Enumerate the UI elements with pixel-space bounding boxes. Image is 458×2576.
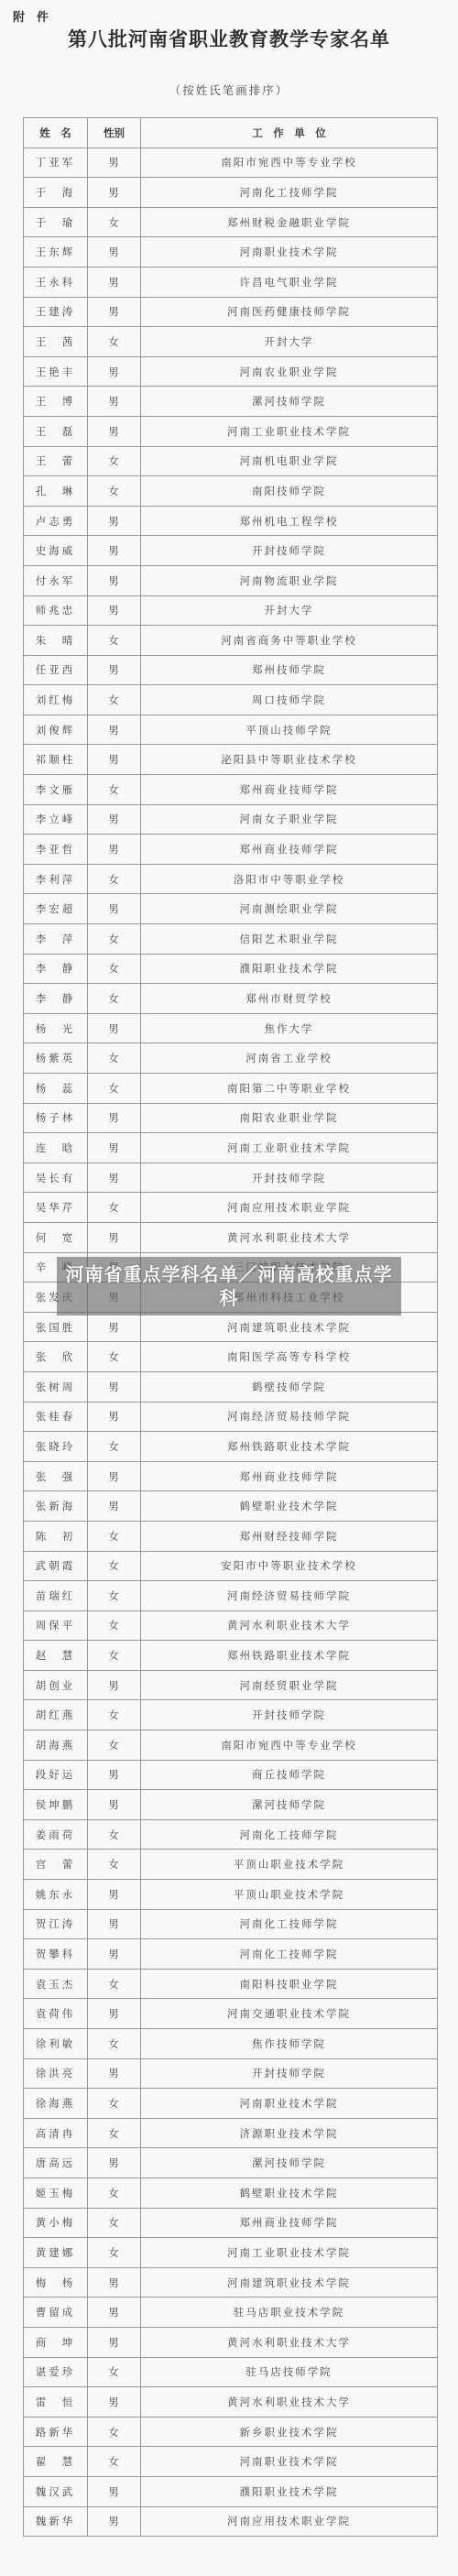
name-cell: 王建涛	[24, 297, 88, 327]
table-row: 王 茜女开封大学	[24, 327, 438, 357]
gender-cell: 男	[88, 2148, 141, 2178]
unit-cell: 河南工业职业技术学院	[141, 416, 438, 446]
table-row: 史海威男开封技师学院	[24, 536, 438, 566]
unit-cell: 河南省工业学校	[141, 1043, 438, 1074]
unit-cell: 开封大学	[141, 595, 438, 626]
gender-cell: 男	[88, 1312, 141, 1342]
table-row: 胡红燕女开封技师学院	[24, 1700, 438, 1730]
gender-cell: 男	[88, 1999, 141, 2029]
unit-cell: 郑州商业技师学院	[141, 835, 438, 865]
table-row: 魏汉武男濮阳职业技术学院	[24, 2476, 438, 2506]
name-cell: 李 静	[24, 954, 88, 984]
unit-cell: 河南省商务中等职业学校	[141, 626, 438, 656]
unit-cell: 河南建筑职业技术学院	[141, 2267, 438, 2298]
name-cell: 黄小梅	[24, 2208, 88, 2238]
gender-cell: 男	[88, 2387, 141, 2418]
unit-cell: 河南经济贸易技师学院	[141, 1402, 438, 1432]
table-row: 高清冉女济源职业技术学院	[24, 2118, 438, 2148]
name-cell: 贺攀科	[24, 1939, 88, 1970]
unit-cell: 平顶山技师学院	[141, 715, 438, 745]
gender-cell: 女	[88, 1610, 141, 1641]
unit-cell: 河南职业技术学院	[141, 2089, 438, 2119]
attachment-label: 附 件	[13, 7, 49, 25]
unit-cell: 河南工业职业技术学院	[141, 2238, 438, 2268]
table-row: 黄建娜女河南工业职业技术学院	[24, 2238, 438, 2268]
name-cell: 付永军	[24, 565, 88, 595]
unit-cell: 南阳技师学院	[141, 476, 438, 507]
gender-cell: 女	[88, 2089, 141, 2119]
table-row: 侯坤鹏男漯河技师学院	[24, 1790, 438, 1820]
table-row: 贺江涛男河南化工技师学院	[24, 1909, 438, 1939]
name-cell: 胡创业	[24, 1670, 88, 1700]
table-row: 李 萍女信阳艺术职业学院	[24, 924, 438, 955]
gender-cell: 女	[88, 207, 141, 237]
unit-cell: 鹤壁职业技术学院	[141, 1491, 438, 1522]
table-row: 刘俊辉男平顶山技师学院	[24, 715, 438, 745]
gender-cell: 男	[88, 1402, 141, 1432]
table-row: 段好运男商丘技师学院	[24, 1760, 438, 1790]
unit-cell: 河南职业技术学院	[141, 2447, 438, 2477]
gender-cell: 女	[88, 1819, 141, 1850]
table-row: 杨子林男南阳农业职业学院	[24, 1103, 438, 1133]
table-row: 唐高远男漯河技师学院	[24, 2148, 438, 2178]
unit-cell: 河南职业技术学院	[141, 237, 438, 267]
unit-cell: 开封技师学院	[141, 1700, 438, 1730]
unit-cell: 郑州铁路职业技术学院	[141, 1432, 438, 1462]
table-header-row: 姓 名 性别 工 作 单 位	[24, 118, 438, 148]
table-row: 黄小梅女郑州商业技师学院	[24, 2208, 438, 2238]
unit-cell: 郑州机电工程学校	[141, 506, 438, 536]
unit-cell: 濮阳职业技术学院	[141, 2476, 438, 2506]
table-row: 周保平女黄河水利职业技术大学	[24, 1610, 438, 1641]
unit-cell: 开封技师学院	[141, 2058, 438, 2089]
gender-cell: 女	[88, 1850, 141, 1880]
unit-cell: 开封大学	[141, 327, 438, 357]
gender-cell: 男	[88, 1909, 141, 1939]
unit-cell: 开封技师学院	[141, 536, 438, 566]
name-cell: 姜雨荷	[24, 1819, 88, 1850]
gender-cell: 女	[88, 2447, 141, 2477]
name-cell: 李利萍	[24, 864, 88, 894]
gender-cell: 女	[88, 626, 141, 656]
name-cell: 吴长有	[24, 1162, 88, 1193]
unit-cell: 南阳科技职业学院	[141, 1969, 438, 1999]
table-row: 张桂春男河南经济贸易技师学院	[24, 1402, 438, 1432]
unit-cell: 河南经贸职业学院	[141, 1670, 438, 1700]
gender-cell: 男	[88, 715, 141, 745]
table-row: 丁亚军男南阳市宛西中等专业学校	[24, 147, 438, 178]
table-row: 李 静女郑州市财贸学校	[24, 984, 438, 1014]
unit-cell: 郑州技师学院	[141, 655, 438, 685]
gender-cell: 男	[88, 2327, 141, 2357]
table-row: 张晓玲女郑州铁路职业技术学院	[24, 1432, 438, 1462]
name-cell: 王永科	[24, 267, 88, 297]
table-row: 李利萍女洛阳市中等职业学校	[24, 864, 438, 894]
gender-cell: 男	[88, 655, 141, 685]
name-cell: 商 坤	[24, 2327, 88, 2357]
unit-cell: 河南化工技师学院	[141, 178, 438, 208]
unit-cell: 黄河水利职业技术大学	[141, 2327, 438, 2357]
name-cell: 徐海燕	[24, 2089, 88, 2119]
name-cell: 黄建娜	[24, 2238, 88, 2268]
gender-cell: 男	[88, 1939, 141, 1970]
name-cell: 祁顺柱	[24, 745, 88, 775]
unit-cell: 驻马店技师学院	[141, 2357, 438, 2387]
table-row: 谌爱珍女驻马店技师学院	[24, 2357, 438, 2387]
name-cell: 王 蕾	[24, 446, 88, 476]
table-row: 陈 初女郑州财经技师学院	[24, 1521, 438, 1551]
name-cell: 于 瑜	[24, 207, 88, 237]
gender-cell: 女	[88, 1193, 141, 1223]
table-row: 胡创业男河南经贸职业学院	[24, 1670, 438, 1700]
unit-cell: 河南建筑职业技术学院	[141, 1312, 438, 1342]
gender-cell: 男	[88, 804, 141, 835]
unit-cell: 河南应用技术职业学院	[141, 1193, 438, 1223]
table-row: 张 强男郑州商业技师学院	[24, 1461, 438, 1491]
name-cell: 魏新华	[24, 2506, 88, 2537]
gender-cell: 女	[88, 2208, 141, 2238]
gender-cell: 男	[88, 1133, 141, 1163]
name-cell: 袁荷伟	[24, 1999, 88, 2029]
col-header-name: 姓 名	[24, 118, 88, 148]
name-cell: 李 萍	[24, 924, 88, 955]
gender-cell: 男	[88, 1760, 141, 1790]
page-title: 第八批河南省职业教育教学专家名单	[0, 25, 458, 52]
table-row: 王永科男许昌电气职业学院	[24, 267, 438, 297]
unit-cell: 周口技师学院	[141, 685, 438, 715]
name-cell: 雷 恒	[24, 2387, 88, 2418]
table-row: 胡海燕女南阳市宛西中等专业学校	[24, 1730, 438, 1761]
name-cell: 李宏超	[24, 894, 88, 924]
table-row: 李立峰男河南女子职业学院	[24, 804, 438, 835]
table-row: 师兆忠男开封大学	[24, 595, 438, 626]
gender-cell: 男	[88, 565, 141, 595]
unit-cell: 濮阳职业技术学院	[141, 954, 438, 984]
name-cell: 杨子林	[24, 1103, 88, 1133]
table-row: 张树周男鹤壁技师学院	[24, 1371, 438, 1402]
gender-cell: 女	[88, 775, 141, 805]
name-cell: 梅 杨	[24, 2267, 88, 2298]
name-cell: 曹留成	[24, 2298, 88, 2328]
name-cell: 卢志勇	[24, 506, 88, 536]
name-cell: 宫 蕾	[24, 1850, 88, 1880]
unit-cell: 南阳医学高等专科学校	[141, 1342, 438, 1372]
table-row: 杨 光男焦作大学	[24, 1013, 438, 1043]
table-row: 翟 慧女河南职业技术学院	[24, 2447, 438, 2477]
unit-cell: 鹤壁职业技术学院	[141, 2178, 438, 2208]
unit-cell: 泌阳县中等职业技术学校	[141, 745, 438, 775]
gender-cell: 女	[88, 685, 141, 715]
name-cell: 张树周	[24, 1371, 88, 1402]
name-cell: 于 海	[24, 178, 88, 208]
gender-cell: 男	[88, 2298, 141, 2328]
name-cell: 刘俊辉	[24, 715, 88, 745]
name-cell: 胡海燕	[24, 1730, 88, 1761]
gender-cell: 男	[88, 2476, 141, 2506]
name-cell: 姚东永	[24, 1880, 88, 1910]
table-row: 徐海燕女河南职业技术学院	[24, 2089, 438, 2119]
name-cell: 师兆忠	[24, 595, 88, 626]
gender-cell: 女	[88, 984, 141, 1014]
table-row: 姬玉梅女鹤壁职业技术学院	[24, 2178, 438, 2208]
name-cell: 武朝霞	[24, 1551, 88, 1581]
unit-cell: 河南医药健康技师学院	[141, 297, 438, 327]
gender-cell: 男	[88, 1880, 141, 1910]
name-cell: 李文雁	[24, 775, 88, 805]
gender-cell: 女	[88, 1581, 141, 1611]
gender-cell: 女	[88, 1432, 141, 1462]
col-header-gender: 性别	[88, 118, 141, 148]
unit-cell: 郑州铁路职业技术学院	[141, 1641, 438, 1671]
name-cell: 姬玉梅	[24, 2178, 88, 2208]
name-cell: 贺江涛	[24, 1909, 88, 1939]
gender-cell: 男	[88, 387, 141, 417]
gender-cell: 女	[88, 1043, 141, 1074]
unit-cell: 洛阳市中等职业学校	[141, 864, 438, 894]
name-cell: 苗瑞红	[24, 1581, 88, 1611]
unit-cell: 黄河水利职业技术大学	[141, 2387, 438, 2418]
gender-cell: 女	[88, 1521, 141, 1551]
gender-cell: 女	[88, 954, 141, 984]
name-cell: 翟 慧	[24, 2447, 88, 2477]
unit-cell: 黄河水利职业技术大学	[141, 1610, 438, 1641]
name-cell: 李亚哲	[24, 835, 88, 865]
gender-cell: 男	[88, 416, 141, 446]
gender-cell: 男	[88, 536, 141, 566]
gender-cell: 女	[88, 2357, 141, 2387]
gender-cell: 女	[88, 924, 141, 955]
name-cell: 陈 初	[24, 1521, 88, 1551]
unit-cell: 河南经济贸易技师学院	[141, 1581, 438, 1611]
table-row: 杨紫英女河南省工业学校	[24, 1043, 438, 1074]
table-row: 于 瑜女郑州财税金融职业学院	[24, 207, 438, 237]
name-cell: 段好运	[24, 1760, 88, 1790]
name-cell: 吴华芹	[24, 1193, 88, 1223]
table-row: 王 磊男河南工业职业技术学院	[24, 416, 438, 446]
table-row: 商 坤男黄河水利职业技术大学	[24, 2327, 438, 2357]
gender-cell: 男	[88, 1013, 141, 1043]
gender-cell: 男	[88, 1790, 141, 1820]
unit-cell: 郑州财税金融职业学院	[141, 207, 438, 237]
table-row: 路新华女新乡职业技术学院	[24, 2417, 438, 2447]
table-row: 吴华芹女河南应用技术职业学院	[24, 1193, 438, 1223]
gender-cell: 女	[88, 1700, 141, 1730]
experts-table: 姓 名 性别 工 作 单 位 丁亚军男南阳市宛西中等专业学校于 海男河南化工技师…	[23, 117, 438, 2537]
gender-cell: 男	[88, 237, 141, 267]
table-row: 祁顺柱男泌阳县中等职业技术学校	[24, 745, 438, 775]
table-row: 连 晗男河南工业职业技术学院	[24, 1133, 438, 1163]
name-cell: 杨 光	[24, 1013, 88, 1043]
name-cell: 魏汉武	[24, 2476, 88, 2506]
table-row: 袁荷伟男河南交通职业技术学院	[24, 1999, 438, 2029]
table-row: 李 静女濮阳职业技术学院	[24, 954, 438, 984]
gender-cell: 男	[88, 297, 141, 327]
table-row: 张国胜男河南建筑职业技术学院	[24, 1312, 438, 1342]
table-row: 徐利敏女焦作技师学院	[24, 2029, 438, 2059]
table-row: 曹留成男驻马店职业技术学院	[24, 2298, 438, 2328]
name-cell: 张 欣	[24, 1342, 88, 1372]
unit-cell: 郑州商业技师学院	[141, 1461, 438, 1491]
unit-cell: 河南化工技师学院	[141, 1909, 438, 1939]
table-row: 张 欣女南阳医学高等专科学校	[24, 1342, 438, 1372]
watermark-text: 河南省重点学科名单／河南高校重点学科	[64, 1262, 394, 1310]
document-page: 附 件 第八批河南省职业教育教学专家名单 （按姓氏笔画排序） 姓 名 性别 工 …	[0, 0, 458, 2576]
unit-cell: 河南机电职业学院	[141, 446, 438, 476]
name-cell: 张新海	[24, 1491, 88, 1522]
unit-cell: 新乡职业技术学院	[141, 2417, 438, 2447]
unit-cell: 商丘技师学院	[141, 1760, 438, 1790]
gender-cell: 男	[88, 1461, 141, 1491]
unit-cell: 河南农业职业学院	[141, 356, 438, 387]
gender-cell: 男	[88, 267, 141, 297]
name-cell: 王东辉	[24, 237, 88, 267]
unit-cell: 焦作技师学院	[141, 2029, 438, 2059]
col-header-unit: 工 作 单 位	[141, 118, 438, 148]
gender-cell: 男	[88, 1162, 141, 1193]
unit-cell: 平顶山职业技术学院	[141, 1850, 438, 1880]
gender-cell: 女	[88, 1969, 141, 1999]
gender-cell: 女	[88, 2417, 141, 2447]
unit-cell: 漯河技师学院	[141, 2148, 438, 2178]
name-cell: 周保平	[24, 1610, 88, 1641]
gender-cell: 男	[88, 147, 141, 178]
unit-cell: 郑州商业技师学院	[141, 2208, 438, 2238]
gender-cell: 男	[88, 1670, 141, 1700]
name-cell: 张国胜	[24, 1312, 88, 1342]
gender-cell: 男	[88, 2506, 141, 2537]
name-cell: 杨紫英	[24, 1043, 88, 1074]
table-row: 于 海男河南化工技师学院	[24, 178, 438, 208]
unit-cell: 平顶山职业技术学院	[141, 1880, 438, 1910]
name-cell: 袁玉杰	[24, 1969, 88, 1999]
unit-cell: 河南应用技术职业学院	[141, 2506, 438, 2537]
unit-cell: 河南交通职业技术学院	[141, 1999, 438, 2029]
unit-cell: 驻马店职业技术学院	[141, 2298, 438, 2328]
gender-cell: 女	[88, 327, 141, 357]
name-cell: 谌爱珍	[24, 2357, 88, 2387]
unit-cell: 河南测绘职业学院	[141, 894, 438, 924]
table-row: 孔 琳女南阳技师学院	[24, 476, 438, 507]
table-row: 吴长有男开封技师学院	[24, 1162, 438, 1193]
gender-cell: 男	[88, 356, 141, 387]
name-cell: 王 茜	[24, 327, 88, 357]
unit-cell: 河南工业职业技术学院	[141, 1133, 438, 1163]
name-cell: 杨 蕊	[24, 1074, 88, 1104]
gender-cell: 女	[88, 476, 141, 507]
gender-cell: 女	[88, 2029, 141, 2059]
name-cell: 任亚西	[24, 655, 88, 685]
name-cell: 王 磊	[24, 416, 88, 446]
name-cell: 张晓玲	[24, 1432, 88, 1462]
gender-cell: 男	[88, 1491, 141, 1522]
gender-cell: 女	[88, 2178, 141, 2208]
unit-cell: 郑州市财贸学校	[141, 984, 438, 1014]
table-row: 李宏超男河南测绘职业学院	[24, 894, 438, 924]
table-row: 李亚哲男郑州商业技师学院	[24, 835, 438, 865]
table-row: 王建涛男河南医药健康技师学院	[24, 297, 438, 327]
unit-cell: 南阳市宛西中等专业学校	[141, 147, 438, 178]
gender-cell: 女	[88, 1342, 141, 1372]
table-row: 王 博男漯河技师学院	[24, 387, 438, 417]
name-cell: 孔 琳	[24, 476, 88, 507]
table-row: 王 蕾女河南机电职业学院	[24, 446, 438, 476]
unit-cell: 开封技师学院	[141, 1162, 438, 1193]
gender-cell: 女	[88, 2118, 141, 2148]
unit-cell: 河南化工技师学院	[141, 1939, 438, 1970]
table-row: 杨 蕊女南阳第二中等职业学校	[24, 1074, 438, 1104]
table-body: 丁亚军男南阳市宛西中等专业学校于 海男河南化工技师学院于 瑜女郑州财税金融职业学…	[24, 147, 438, 2537]
name-cell: 路新华	[24, 2417, 88, 2447]
name-cell: 王 博	[24, 387, 88, 417]
table-row: 朱 晴女河南省商务中等职业学校	[24, 626, 438, 656]
table-row: 卢志勇男郑州机电工程学校	[24, 506, 438, 536]
unit-cell: 安阳市中等职业技术学校	[141, 1551, 438, 1581]
name-cell: 高清冉	[24, 2118, 88, 2148]
unit-cell: 信阳艺术职业学院	[141, 924, 438, 955]
gender-cell: 男	[88, 595, 141, 626]
table-row: 袁玉杰女南阳科技职业学院	[24, 1969, 438, 1999]
gender-cell: 女	[88, 1730, 141, 1761]
table-row: 刘红梅女周口技师学院	[24, 685, 438, 715]
unit-cell: 河南化工技师学院	[141, 1819, 438, 1850]
name-cell: 史海威	[24, 536, 88, 566]
table-row: 徐洪亮男开封技师学院	[24, 2058, 438, 2089]
name-cell: 张桂春	[24, 1402, 88, 1432]
gender-cell: 男	[88, 835, 141, 865]
table-row: 武朝霞女安阳市中等职业技术学校	[24, 1551, 438, 1581]
watermark-overlay: 河南省重点学科名单／河南高校重点学科	[57, 1257, 401, 1315]
table-row: 姜雨荷女河南化工技师学院	[24, 1819, 438, 1850]
name-cell: 李立峰	[24, 804, 88, 835]
table-row: 梅 杨男河南建筑职业技术学院	[24, 2267, 438, 2298]
gender-cell: 男	[88, 178, 141, 208]
name-cell: 连 晗	[24, 1133, 88, 1163]
name-cell: 徐洪亮	[24, 2058, 88, 2089]
name-cell: 李 静	[24, 984, 88, 1014]
unit-cell: 南阳第二中等职业学校	[141, 1074, 438, 1104]
table-row: 张新海男鹤壁职业技术学院	[24, 1491, 438, 1522]
page-subtitle: （按姓氏笔画排序）	[0, 82, 458, 98]
unit-cell: 漯河技师学院	[141, 1790, 438, 1820]
table-row: 赵 慧女郑州铁路职业技术学院	[24, 1641, 438, 1671]
table-row: 付永军男河南物流职业学院	[24, 565, 438, 595]
table-row: 魏新华男河南应用技术职业学院	[24, 2506, 438, 2537]
table-row: 李文雁女郑州商业技师学院	[24, 775, 438, 805]
unit-cell: 河南女子职业学院	[141, 804, 438, 835]
gender-cell: 女	[88, 1551, 141, 1581]
unit-cell: 鹤壁技师学院	[141, 1371, 438, 1402]
unit-cell: 南阳市宛西中等专业学校	[141, 1730, 438, 1761]
gender-cell: 女	[88, 1074, 141, 1104]
unit-cell: 河南物流职业学院	[141, 565, 438, 595]
table-row: 何 宽男黄河水利职业技术大学	[24, 1222, 438, 1252]
unit-cell: 郑州商业技师学院	[141, 775, 438, 805]
table-row: 雷 恒男黄河水利职业技术大学	[24, 2387, 438, 2418]
unit-cell: 郑州财经技师学院	[141, 1521, 438, 1551]
gender-cell: 男	[88, 2058, 141, 2089]
table-row: 姚东永男平顶山职业技术学院	[24, 1880, 438, 1910]
name-cell: 侯坤鹏	[24, 1790, 88, 1820]
table-row: 贺攀科男河南化工技师学院	[24, 1939, 438, 1970]
table-row: 苗瑞红女河南经济贸易技师学院	[24, 1581, 438, 1611]
gender-cell: 男	[88, 894, 141, 924]
gender-cell: 男	[88, 2267, 141, 2298]
name-cell: 刘红梅	[24, 685, 88, 715]
name-cell: 张 强	[24, 1461, 88, 1491]
gender-cell: 男	[88, 1222, 141, 1252]
table-row: 王东辉男河南职业技术学院	[24, 237, 438, 267]
gender-cell: 女	[88, 2238, 141, 2268]
